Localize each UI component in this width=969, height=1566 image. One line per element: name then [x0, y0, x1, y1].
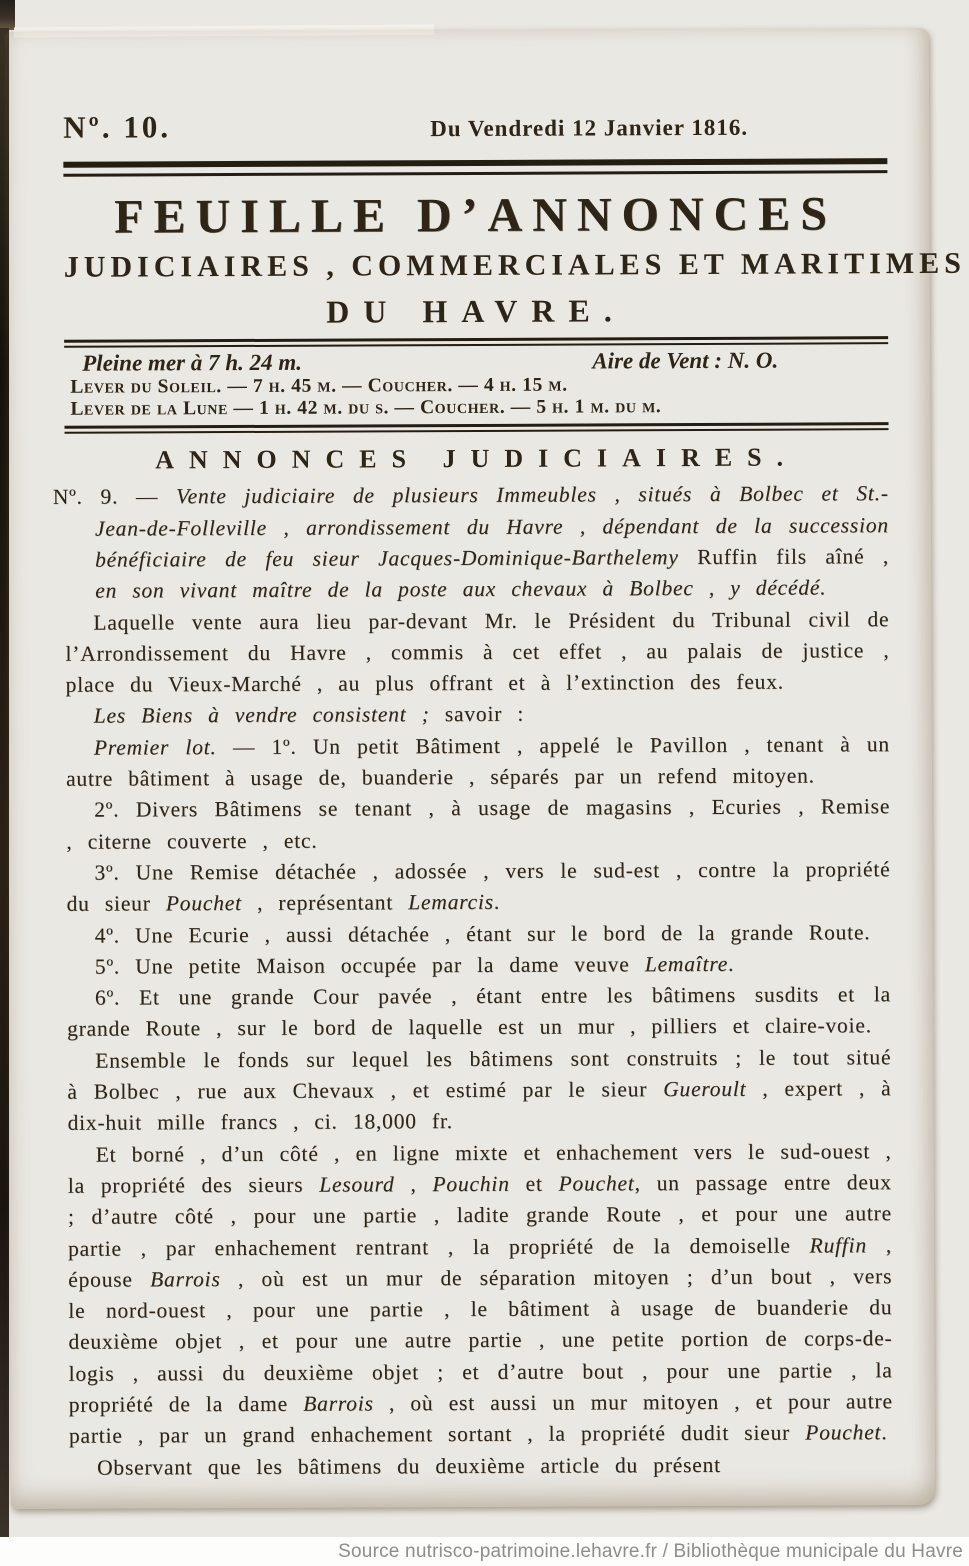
- text-segment: .: [728, 952, 734, 976]
- newspaper-subtitle: JUDICIAIRES , COMMERCIALES ET MARITIMES: [64, 248, 888, 286]
- issue-row: Nº. 10. Du Vendredi 12 Janvier 1816.: [63, 106, 887, 146]
- text-segment: Ruffin: [810, 1233, 867, 1257]
- paragraph: 2º. Divers Bâtimens se tenant , à usage …: [66, 792, 890, 858]
- text-segment: ,: [394, 1172, 432, 1196]
- almanac-row: Pleine mer à 7 h. 24 m. Aire de Vent : N…: [64, 345, 888, 378]
- source-credit: Source nutrisco-patrimoine.lehavre.fr / …: [338, 1541, 969, 1563]
- source-bar: Source nutrisco-patrimoine.lehavre.fr / …: [0, 1537, 969, 1566]
- issue-number: Nº. 10.: [63, 109, 171, 145]
- text-segment: Laquelle vente aura lieu par-devant Mr. …: [65, 607, 889, 697]
- tide-info: Pleine mer à 7 h. 24 m.: [82, 350, 302, 377]
- paragraph: 4º. Une Ecurie , aussi détachée , étant …: [67, 917, 891, 952]
- paragraph: Nº. 9. — Vente judiciaire de plusieurs I…: [65, 479, 890, 608]
- text-segment: Ruffin fils aîné ,: [697, 544, 889, 569]
- article-body: Nº. 9. — Vente judiciaire de plusieurs I…: [65, 479, 893, 1484]
- paragraph: Premier lot. — 1º. Un petit Bâtiment , a…: [66, 729, 890, 795]
- text-segment: Premier lot.: [94, 735, 217, 760]
- text-segment: Nº. 9. —: [53, 485, 176, 510]
- text-segment: 2º. Divers Bâtimens se tenant , à usage …: [66, 795, 890, 854]
- newspaper-city: DU HAVRE.: [64, 292, 888, 333]
- newspaper-page: Nº. 10. Du Vendredi 12 Janvier 1816. FEU…: [5, 28, 935, 1509]
- text-segment: Pouchet: [559, 1171, 635, 1195]
- paragraph: Ensemble le fonds sur lequel les bâtimen…: [67, 1042, 891, 1139]
- text-segment: 5º. Une petite Maison occupée par la dam…: [95, 952, 645, 978]
- paragraph: Et borné , d’un côté , en ligne mixte et…: [68, 1136, 893, 1453]
- text-segment: Lesourd: [319, 1172, 394, 1196]
- paragraph: Observant que les bâtimens du deuxième a…: [69, 1449, 893, 1484]
- text-segment: Lemarcis: [408, 890, 494, 914]
- text-segment: Lemaître: [645, 952, 728, 976]
- text-segment: Pouchet: [166, 891, 242, 915]
- text-segment: , représentant: [242, 891, 408, 916]
- moon-info: Lever de la Lune — 1 h. 42 m. du s. — Co…: [64, 396, 888, 422]
- paragraph: 3º. Une Remise détachée , adossée , vers…: [66, 854, 890, 920]
- almanac-box: Pleine mer à 7 h. 24 m. Aire de Vent : N…: [64, 337, 888, 435]
- almanac-rule-bottom: [65, 423, 889, 435]
- text-segment: en son vivant maître de la poste aux che…: [95, 576, 826, 603]
- text-segment: et: [510, 1172, 559, 1196]
- text-segment: Gueroult: [663, 1077, 746, 1101]
- text-segment: .: [881, 1420, 887, 1444]
- section-heading: ANNONCES JUDICIAIRES.: [65, 443, 889, 477]
- text-segment: 4º. Une Ecurie , aussi détachée , étant …: [95, 920, 871, 947]
- text-segment: 6º. Et une grande Cour pavée , étant ent…: [67, 982, 891, 1041]
- text-segment: .: [494, 890, 500, 914]
- text-segment: savoir :: [430, 702, 525, 726]
- paragraph: 5º. Une petite Maison occupée par la dam…: [67, 948, 891, 983]
- date-line: Du Vendredi 12 Janvier 1816.: [310, 115, 748, 143]
- text-segment: Pouchet: [805, 1421, 881, 1445]
- binding-clamp: [0, 0, 15, 30]
- masthead-rule: [63, 158, 887, 177]
- paragraph: Les Biens à vendre consistent ; savoir :: [66, 698, 890, 733]
- masthead: Nº. 10. Du Vendredi 12 Janvier 1816. FEU…: [63, 106, 888, 332]
- paragraph: Laquelle vente aura lieu par-devant Mr. …: [65, 604, 889, 701]
- text-segment: Barrois: [150, 1267, 221, 1291]
- text-segment: Barrois: [303, 1391, 374, 1415]
- text-segment: Les Biens à vendre consistent ;: [94, 703, 430, 728]
- wind-info: Aire de Vent : N. O.: [592, 348, 778, 375]
- newspaper-title: FEUILLE D’ANNONCES: [63, 189, 887, 243]
- scan-background: Nº. 10. Du Vendredi 12 Janvier 1816. FEU…: [0, 0, 969, 1566]
- paragraph: 6º. Et une grande Cour pavée , étant ent…: [67, 979, 891, 1045]
- text-segment: Observant que les bâtimens du deuxième a…: [97, 1453, 721, 1480]
- text-segment: Pouchin: [432, 1172, 509, 1196]
